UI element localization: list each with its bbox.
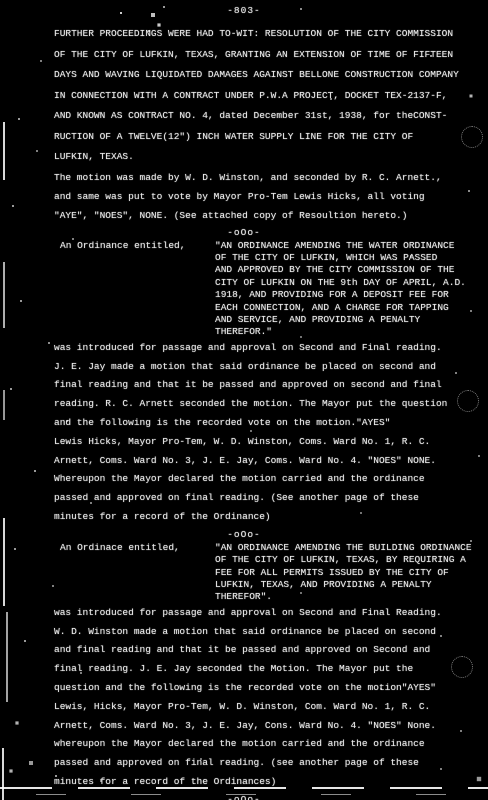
left-scan-edge-segment — [3, 262, 5, 328]
left-scan-edge-segment — [3, 518, 5, 606]
ordinance-1: An Ordinance entitled, "AN ORDINANCE AME… — [0, 240, 488, 339]
left-scan-edge-segment — [3, 390, 5, 420]
ordinance-2-intro: An Ordinace entitled, — [60, 542, 215, 554]
bottom-scan-edge-line — [0, 787, 488, 789]
section-separator: -oOo- — [0, 226, 488, 239]
ordinance-2-quote: "AN ORDINANCE AMENDING THE BUILDING ORDI… — [215, 542, 482, 604]
punch-hole-mark — [461, 126, 483, 148]
ordinance-2: An Ordinace entitled, "AN ORDINANCE AMEN… — [0, 542, 488, 604]
ordinance-1-vote-paragraph: was introduced for passage and approval … — [0, 339, 488, 527]
left-scan-edge-segment — [3, 122, 5, 180]
scanned-minutes-page: -803- FURTHER PROCEEDINGS WERE HAD TO-WI… — [0, 0, 488, 800]
ordinance-1-quote: "AN ORDINANCE AMENDING THE WATER ORDINAN… — [215, 240, 482, 339]
film-grain-specks — [0, 0, 2, 2]
page-number: -803- — [0, 0, 488, 16]
ordinance-1-intro: An Ordinance entitled, — [60, 240, 215, 252]
punch-hole-mark — [451, 656, 473, 678]
left-scan-edge-segment — [6, 612, 8, 702]
resolution-paragraph: FURTHER PROCEEDINGS WERE HAD TO-WIT: RES… — [0, 24, 488, 168]
ordinance-2-vote-paragraph: was introduced for passage and approval … — [0, 604, 488, 792]
section-separator: -oOo- — [0, 528, 488, 541]
bottom-scan-edge-line — [36, 794, 456, 795]
punch-hole-mark — [457, 390, 479, 412]
left-scan-edge-segment — [2, 748, 4, 800]
motion-paragraph: The motion was made by W. D. Winston, an… — [0, 168, 488, 225]
